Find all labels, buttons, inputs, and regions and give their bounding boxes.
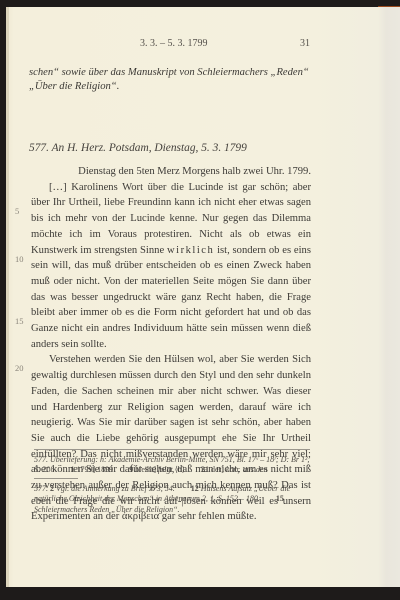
apparatus-note: korr. aus den [226,465,268,474]
paragraph-text: ist, sondern ob es eins sein will, das m… [31,245,311,350]
line-number-20: 20 [15,363,24,373]
apparatus-line-ref: 21 [201,465,209,474]
apparatus-rule [34,449,310,450]
textual-apparatus: 577. Überlieferung: h: Akademie-Archiv B… [34,455,310,476]
commentary-rule [34,478,78,479]
letter-paragraph-1: […] Karolinens Wort über die Lucinde ist… [31,180,311,353]
running-head-dates: 3. 3. – 5. 3. 1799 [140,38,208,49]
commentary-line-ref: 12 [191,484,199,493]
line-number-10: 10 [15,254,24,264]
emphasized-word: wirklich [167,245,214,256]
apparatus-page-ref: S. 208 [34,465,54,474]
apparatus-label: Überlieferung: [50,455,98,464]
apparatus-variant: der] [211,465,224,474]
page-edge [6,7,9,587]
scanned-book-page-scene: 3. 3. – 5. 3. 1799 31 schen“ sowie über … [0,0,400,600]
apparatus-source: Akademie-Archiv Berlin-Mitte, SN 751, Bl… [109,455,310,464]
apparatus-variant: bleibt] [135,465,156,474]
apparatus-siglum: h: [100,455,107,464]
apparatus-note: folgt [158,465,173,474]
apparatus-letter-number: 577. [34,455,48,464]
letter-dateline: Dienstag den 5ten Merz Morgens halb zwei… [31,164,311,180]
line-number-5: 5 [15,206,19,216]
previous-letter-continuation: schen“ sowie über das Manuskript von Sch… [29,66,311,94]
commentary-notes: 577. 2 Vgl. die Anmerkung zu Brief 573, … [34,484,310,515]
line-number-15: 15 [15,316,24,326]
letter-heading: 577. An H. Herz. Potsdam, Dienstag, 5. 3… [29,142,329,154]
commentary-letter-number: 577. [34,484,48,493]
page-number: 31 [300,38,310,49]
commentary-note: Schleiermachers Reden „Über die Religion… [34,505,180,514]
apparatus-variant: ⟨h⟩ [175,465,185,474]
apparatus-line-ref: 1 [70,465,74,474]
commentary-line-ref: 15 [276,494,284,503]
commentary-line-ref: 2 [50,484,54,493]
apparatus-variant: 1799] 1899 [76,465,113,474]
commentary-note: Vgl. die Anmerkung zu Brief 573, 54. [56,484,175,493]
apparatus-line-ref: 9 [129,465,133,474]
